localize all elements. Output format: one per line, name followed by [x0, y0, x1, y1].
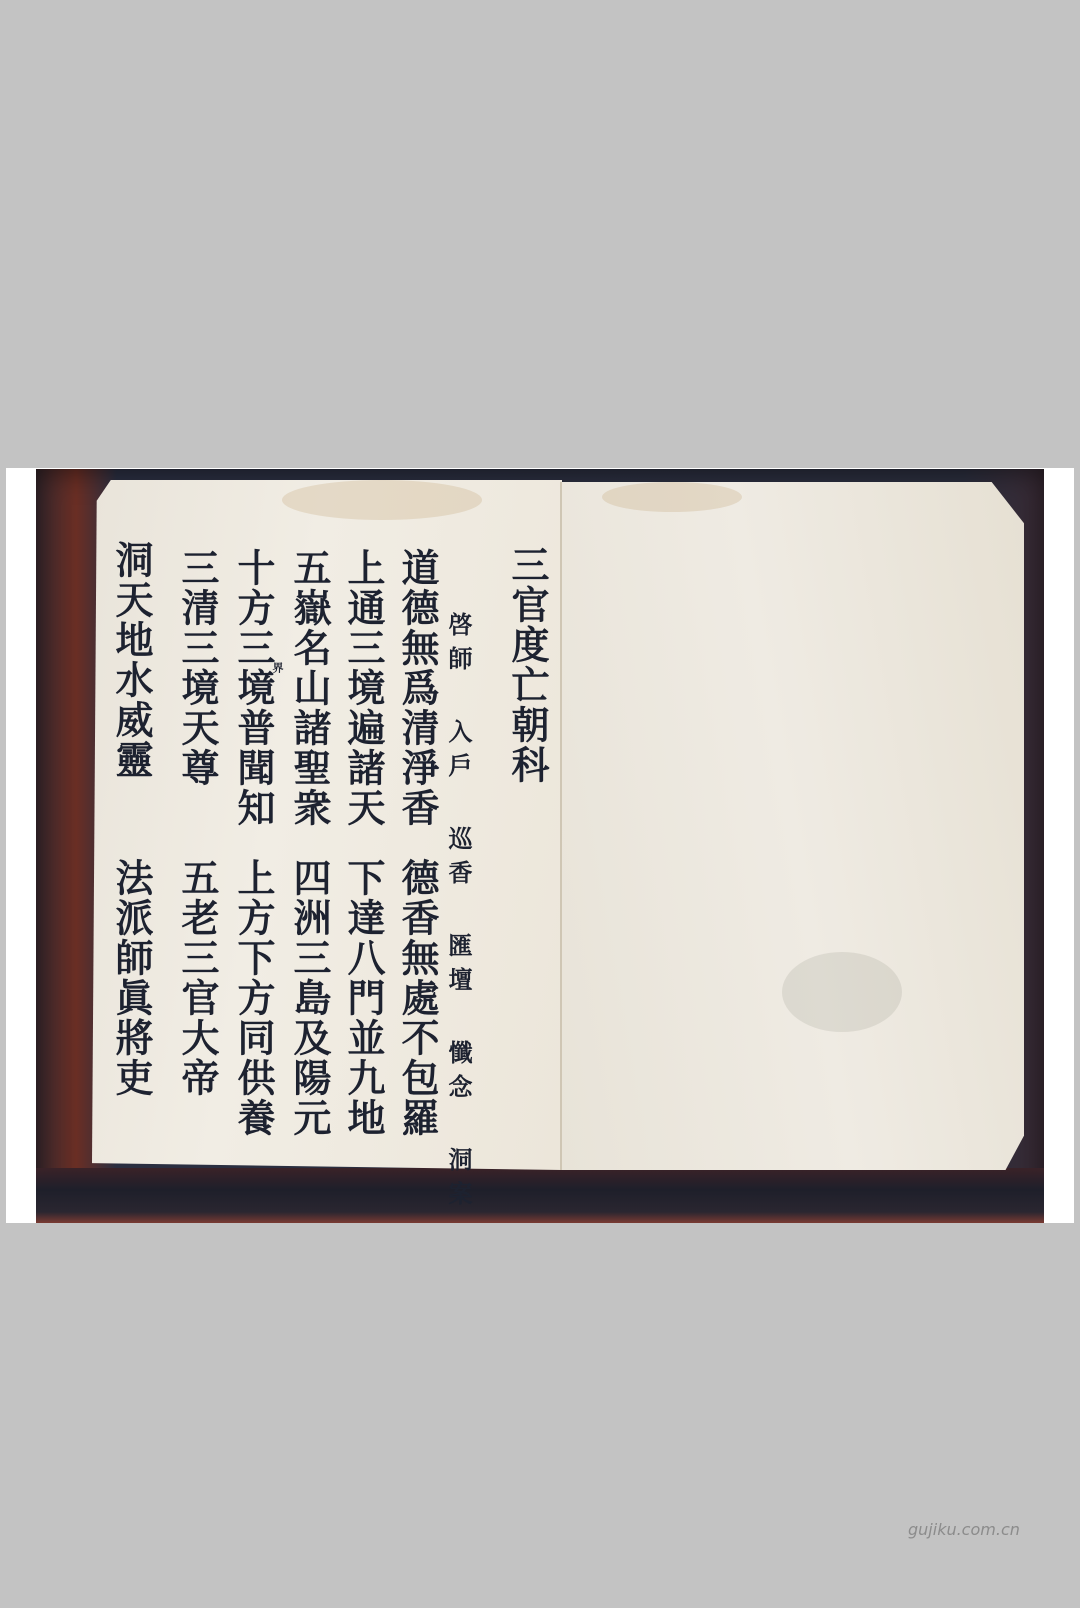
verse-column-3-upper: 五嶽名山諸聖衆 [290, 548, 328, 828]
paper-stain [782, 952, 902, 1032]
verse-column-4-upper: 十方三境普聞知 [234, 548, 272, 828]
verse-column-6-lower: 法派師眞將吏 [112, 858, 150, 1098]
verse-column-1-upper: 道德無爲清淨香 [398, 548, 436, 828]
paper-stain [282, 480, 482, 520]
verse-column-5-lower: 五老三官大帝 [178, 858, 216, 1098]
verse-column-5-upper: 三清三境天尊 [178, 548, 216, 788]
verse-column-4-lower: 上方下方同供養 [234, 858, 272, 1138]
verse-column-3-lower: 四洲三島及陽元 [290, 858, 328, 1138]
paper-stain [602, 482, 742, 512]
verse-column-6-upper: 洞天地水威靈 [112, 540, 150, 780]
watermark: gujiku.com.cn [908, 1520, 1020, 1539]
tray-bottom-edge [36, 1168, 1044, 1223]
manuscript-title: 三官度亡朝科 [508, 545, 546, 785]
verse-column-2-upper: 上通三境遍諸天 [344, 548, 382, 828]
manuscript-rubric: 啓師 入戶 巡香 匯壇 懺念 洞案 [446, 612, 470, 1215]
manuscript-right-page [562, 482, 1024, 1170]
margin-annotation: 界 [272, 662, 283, 675]
verse-column-1-lower: 德香無處不包羅 [398, 858, 436, 1138]
verse-column-2-lower: 下達八門並九地 [344, 858, 382, 1138]
